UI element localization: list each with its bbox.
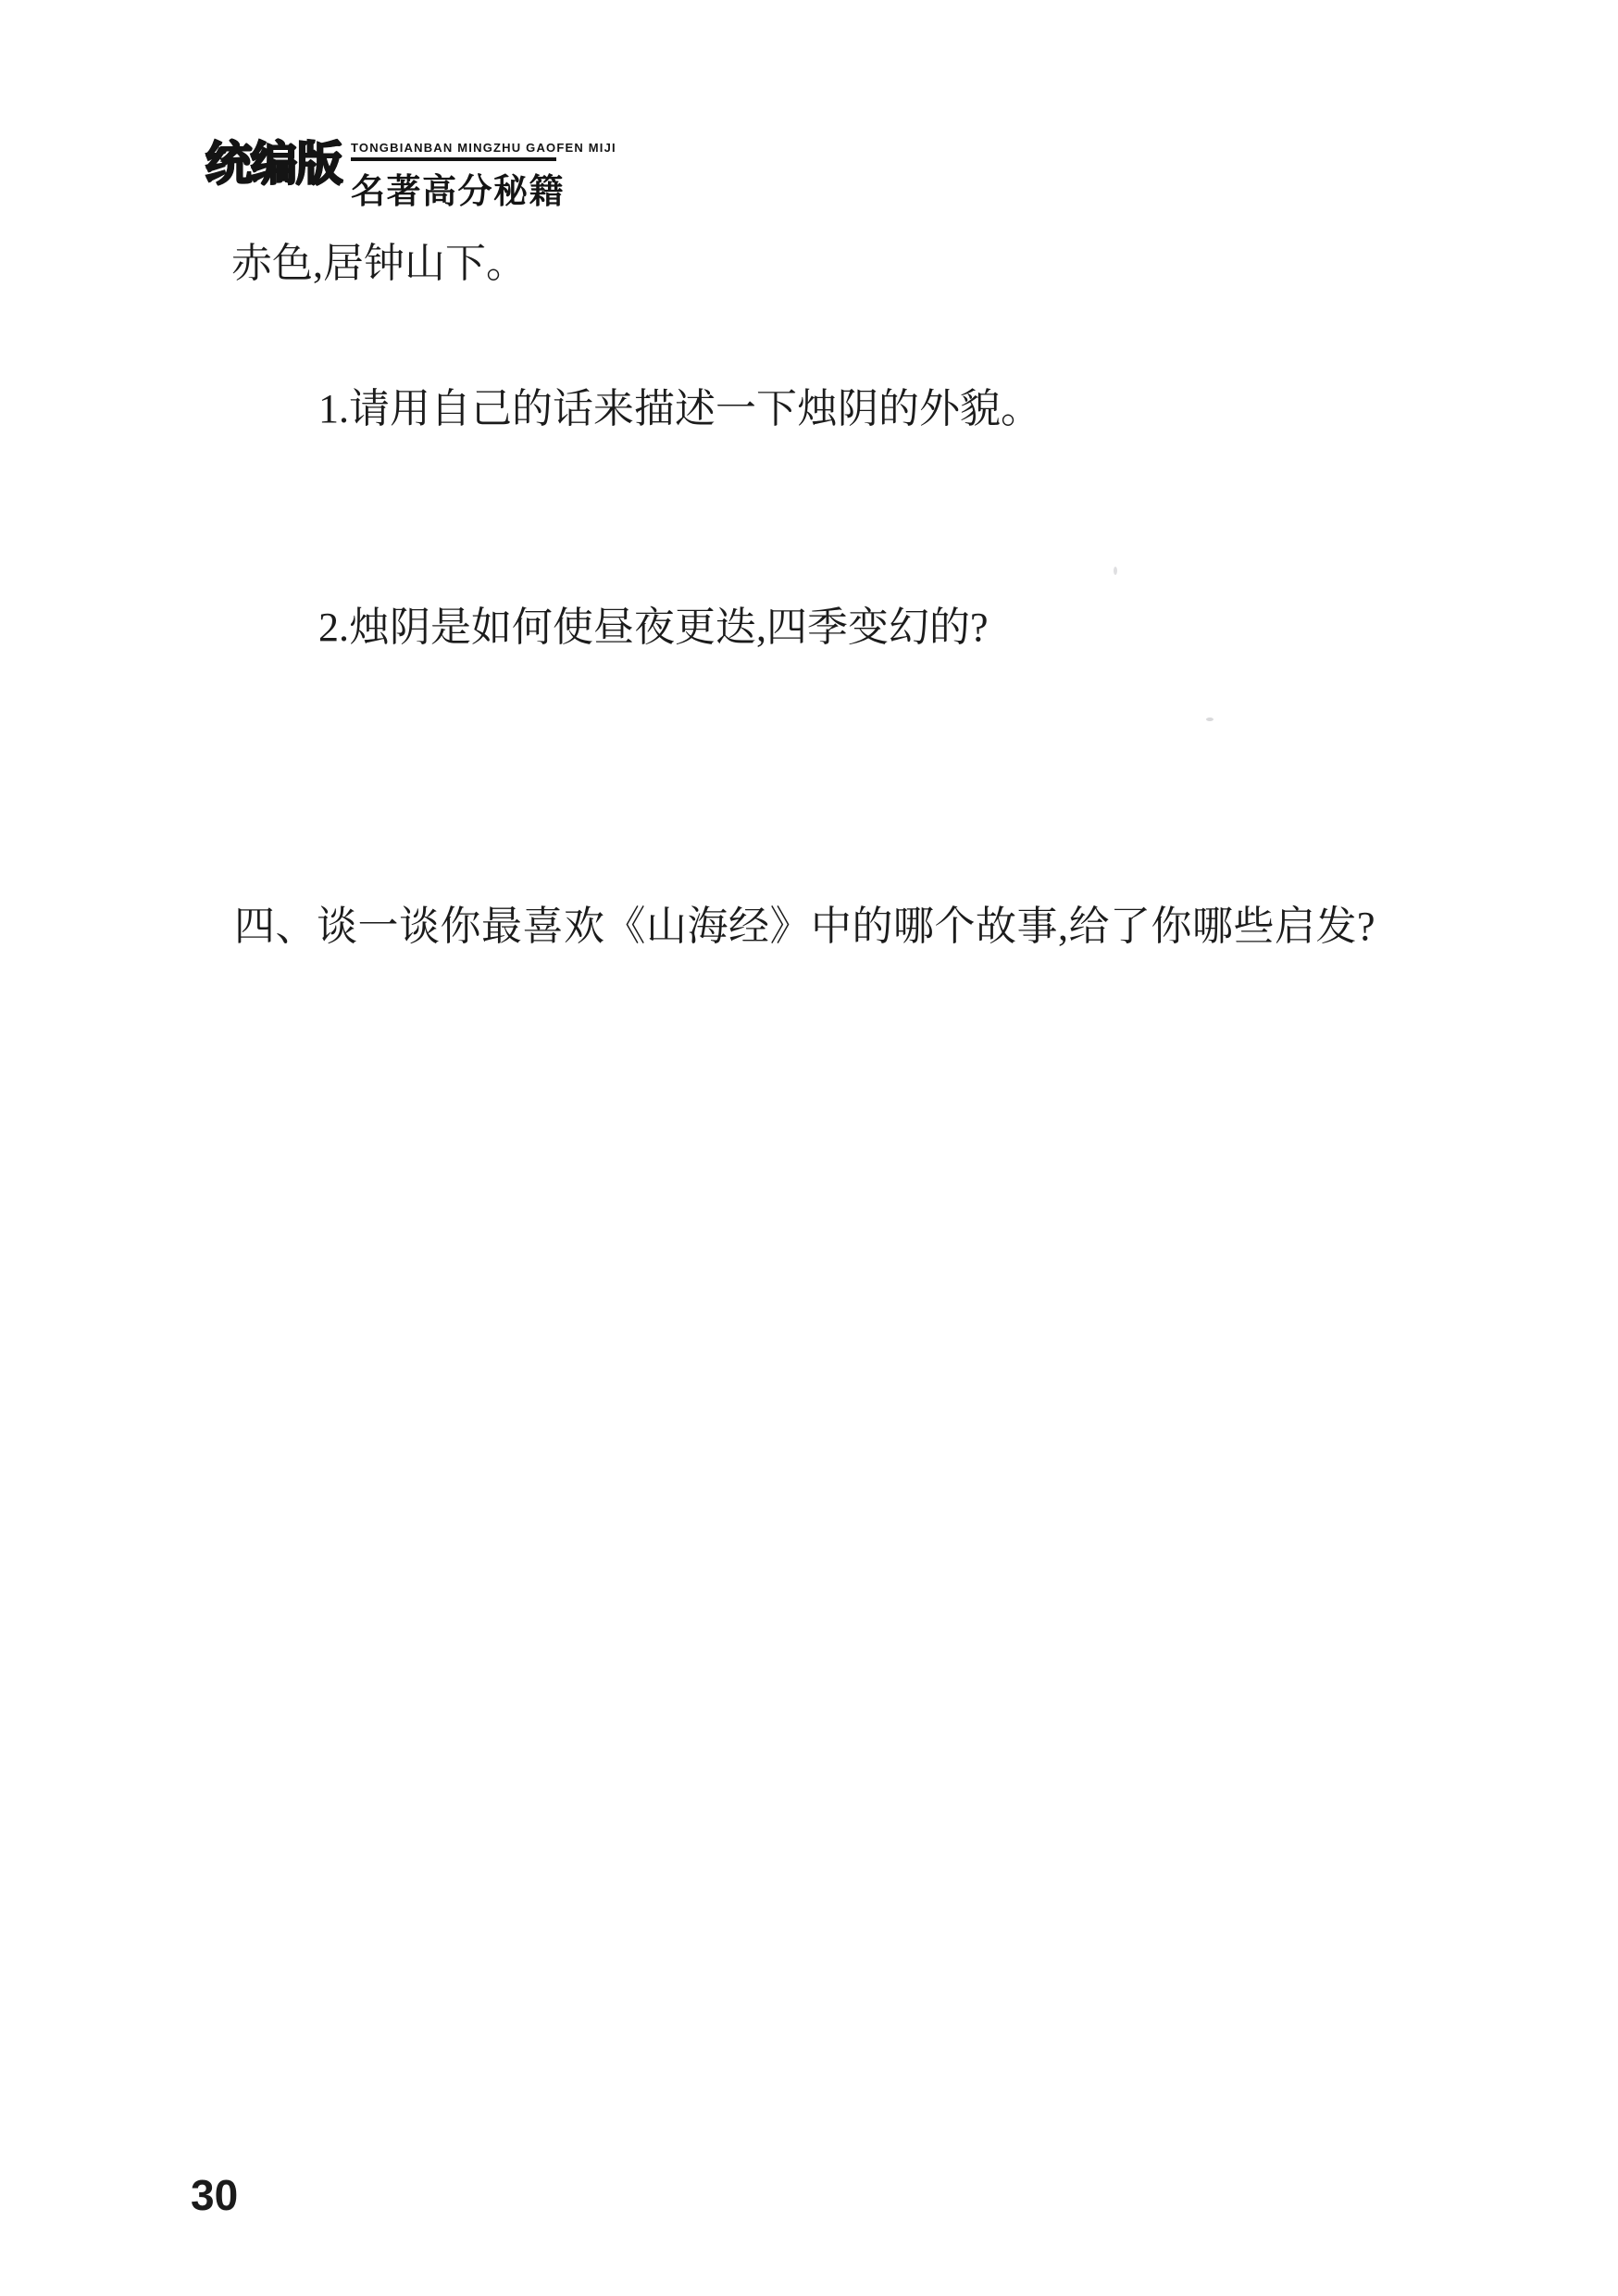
publisher-logo: 统编版 TONGBIANBAN MINGZHU GAOFEN MIJI 名著高分… — [205, 135, 565, 213]
workbook-page: 统编版 TONGBIANBAN MINGZHU GAOFEN MIJI 名著高分… — [0, 0, 1618, 2296]
logo-series-english: TONGBIANBAN MINGZHU GAOFEN MIJI — [351, 141, 556, 161]
logo-series-block: TONGBIANBAN MINGZHU GAOFEN MIJI 名著高分秘籍 — [351, 135, 565, 213]
page-number: 30 — [191, 2170, 238, 2220]
logo-series-chinese: 名著高分秘籍 — [351, 163, 565, 213]
scan-artifact-speck — [1114, 567, 1117, 575]
question-1: 1.请用自己的话来描述一下烛阴的外貌。 — [318, 386, 1041, 432]
question-2: 2.烛阴是如何使昼夜更迭,四季变幻的? — [318, 605, 989, 651]
scan-artifact-speck — [1206, 717, 1213, 721]
section-heading: 四、谈一谈你最喜欢《山海经》中的哪个故事,给了你哪些启发? — [234, 904, 1375, 950]
logo-brand-text: 统编版 — [205, 135, 342, 193]
continuation-text: 赤色,居钟山下。 — [231, 241, 527, 287]
